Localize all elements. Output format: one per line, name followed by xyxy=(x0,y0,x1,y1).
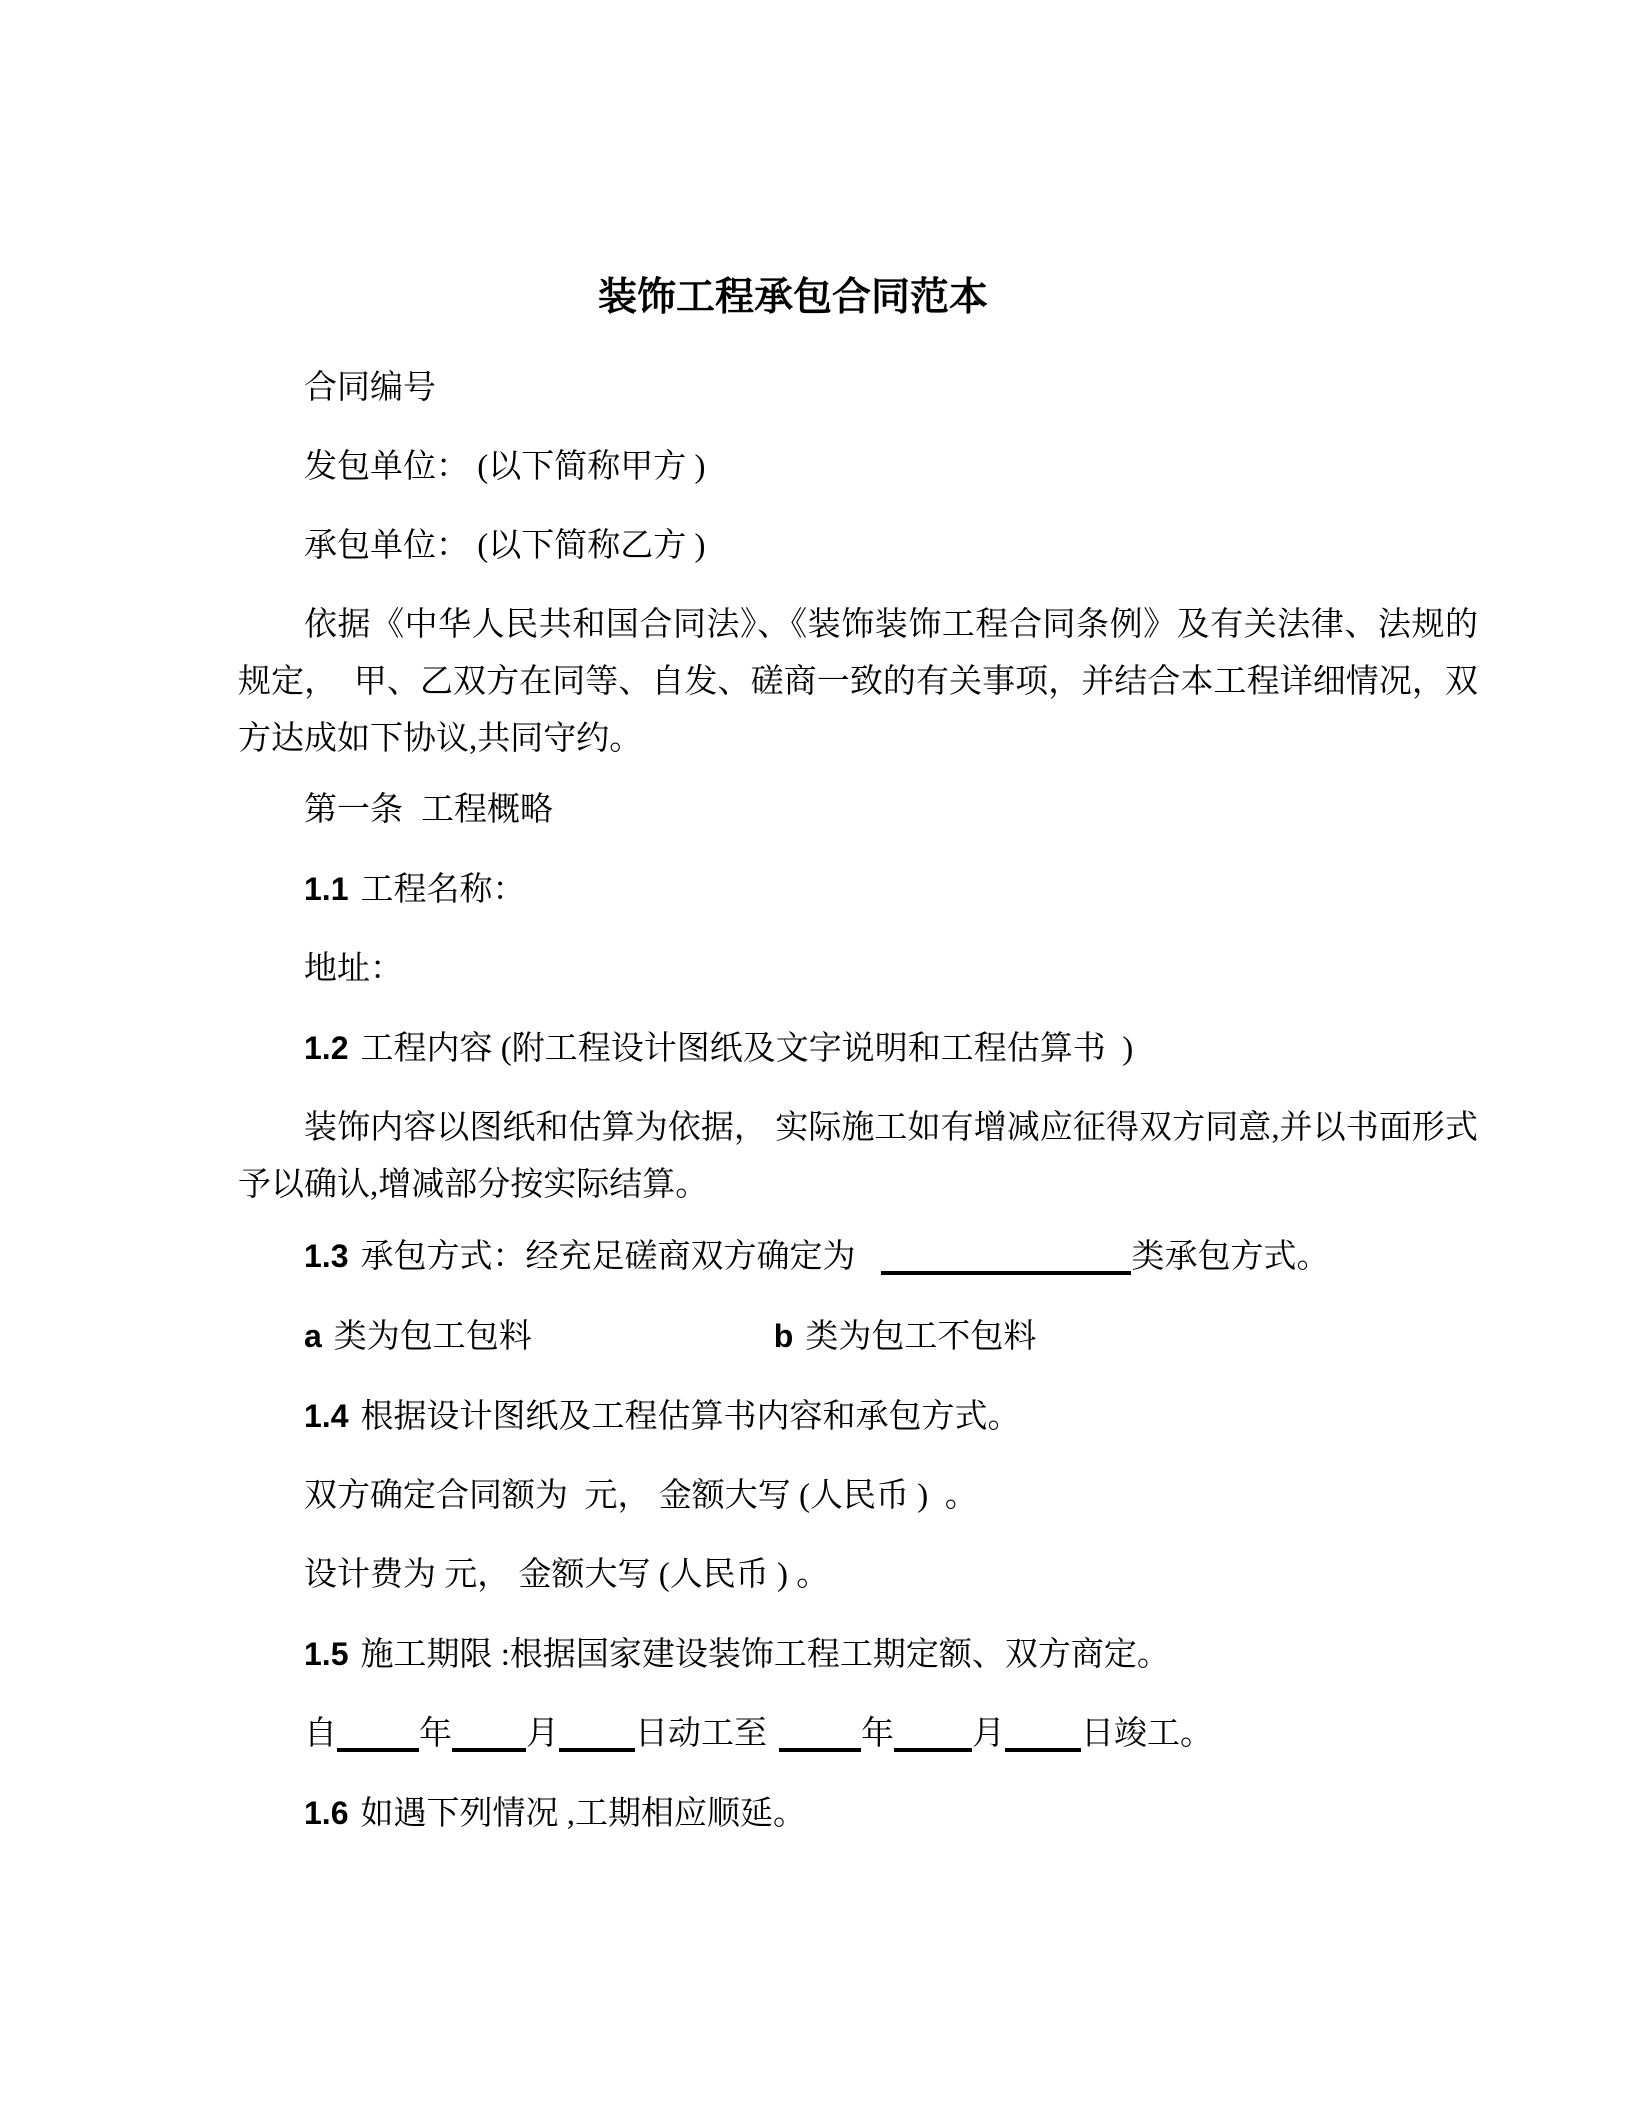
clause-1-2-line: 1.2工程内容 (附工程设计图纸及文字说明和工程估算书 ) xyxy=(238,1020,1478,1078)
schedule-year2-label: 年 xyxy=(861,1716,894,1752)
address-line: 地址： xyxy=(238,941,1478,998)
content-paragraph: 装饰内容以图纸和估算为依据， 实际施工如有增减应征得双方同意,并以书面形式予以确… xyxy=(238,1100,1478,1214)
clause-1-4-line: 1.4根据设计图纸及工程估算书内容和承包方式。 xyxy=(238,1388,1478,1446)
start-day-blank xyxy=(559,1722,635,1752)
clause-1-5-line: 1.5施工期限 :根据国家建设装饰工程工期定额、双方商定。 xyxy=(238,1626,1478,1684)
contract-document: 装饰工程承包合同范本 合同编号 发包单位： (以下简称甲方 ) 承包单位： (以… xyxy=(0,0,1640,1843)
start-month-blank xyxy=(452,1722,526,1752)
clause-1-6-text: 如遇下列情况 ,工期相应顺延。 xyxy=(360,1796,806,1832)
article-1-title: 工程概略 xyxy=(421,792,553,828)
schedule-line: 自年月日动工至年月日竣工。 xyxy=(238,1706,1478,1763)
schedule-from: 自 xyxy=(304,1716,337,1752)
contract-type-options-line: a类为包工包料b类为包工不包料 xyxy=(238,1308,1478,1366)
clause-1-3-line: 1.3承包方式：经充足磋商双方确定为类承包方式。 xyxy=(238,1228,1478,1286)
option-b-letter: b xyxy=(774,1318,794,1354)
schedule-month1-label: 月 xyxy=(526,1716,559,1752)
article-1-number: 第一条 xyxy=(304,792,403,828)
clause-1-3-text-after: 类承包方式。 xyxy=(1131,1239,1329,1275)
contract-number-line: 合同编号 xyxy=(238,360,1478,417)
schedule-month2-label: 月 xyxy=(972,1716,1005,1752)
end-month-blank xyxy=(894,1722,972,1752)
clause-1-6-number: 1.6 xyxy=(304,1795,348,1831)
article-1-heading: 第一条工程概略 xyxy=(238,782,1478,839)
clause-1-3-number: 1.3 xyxy=(304,1238,348,1274)
preamble-paragraph: 依据《中华人民共和国合同法》、《装饰装饰工程合同条例》及有关法律、法规的规定， … xyxy=(238,597,1478,768)
schedule-year1-label: 年 xyxy=(419,1716,452,1752)
contract-amount-line: 双方确定合同额为 元， 金额大写 (人民币 ) 。 xyxy=(238,1468,1478,1525)
end-year-blank xyxy=(779,1722,861,1752)
clause-1-4-number: 1.4 xyxy=(304,1398,348,1434)
clause-1-1-text: 工程名称： xyxy=(360,872,525,908)
document-title: 装饰工程承包合同范本 xyxy=(238,268,1348,328)
clause-1-1-number: 1.1 xyxy=(304,871,348,907)
start-year-blank xyxy=(337,1722,419,1752)
option-a-letter: a xyxy=(304,1318,322,1354)
clause-1-3-text-before: 承包方式：经充足磋商双方确定为 xyxy=(360,1239,855,1275)
clause-1-6-line: 1.6如遇下列情况 ,工期相应顺延。 xyxy=(238,1785,1478,1843)
party-b-text: 承包单位： (以下简称乙方 ) xyxy=(304,528,705,564)
option-b-text: 类为包工不包料 xyxy=(805,1319,1036,1355)
party-a-line: 发包单位： (以下简称甲方 ) xyxy=(238,439,1478,496)
clause-1-2-text: 工程内容 (附工程设计图纸及文字说明和工程估算书 ) xyxy=(360,1031,1133,1067)
clause-1-5-number: 1.5 xyxy=(304,1636,348,1672)
contract-number-label: 合同编号 xyxy=(304,370,436,406)
party-a-text: 发包单位： (以下简称甲方 ) xyxy=(304,449,705,485)
address-label: 地址： xyxy=(304,951,403,987)
option-a-text: 类为包工包料 xyxy=(334,1319,532,1355)
contract-amount-text: 双方确定合同额为 元， 金额大写 (人民币 ) 。 xyxy=(304,1478,978,1514)
end-day-blank xyxy=(1005,1722,1081,1752)
party-b-line: 承包单位： (以下简称乙方 ) xyxy=(238,518,1478,575)
schedule-day2-label: 日竣工。 xyxy=(1081,1716,1213,1752)
schedule-day1-label: 日动工至 xyxy=(635,1716,767,1752)
clause-1-1-line: 1.1工程名称： xyxy=(238,861,1478,919)
clause-1-2-number: 1.2 xyxy=(304,1030,348,1066)
clause-1-4-text: 根据设计图纸及工程估算书内容和承包方式。 xyxy=(360,1399,1020,1435)
design-fee-text: 设计费为 元， 金额大写 (人民币 ) 。 xyxy=(304,1557,829,1593)
design-fee-line: 设计费为 元， 金额大写 (人民币 ) 。 xyxy=(238,1547,1478,1604)
contract-type-blank xyxy=(881,1245,1131,1275)
clause-1-5-text: 施工期限 :根据国家建设装饰工程工期定额、双方商定。 xyxy=(360,1637,1169,1673)
